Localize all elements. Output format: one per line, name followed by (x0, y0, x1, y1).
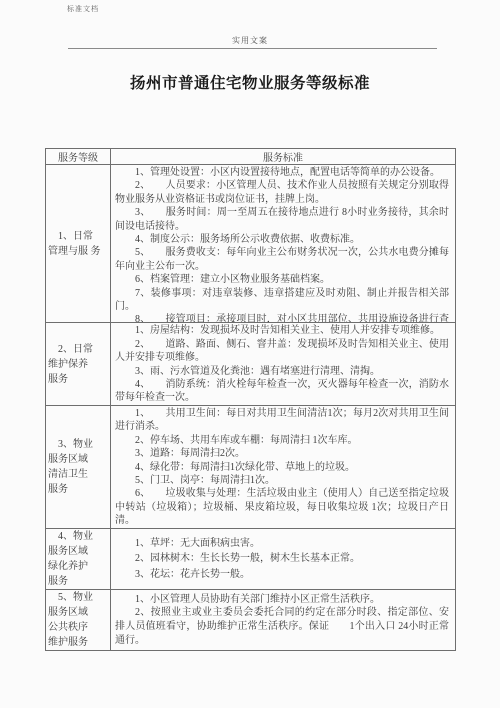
grade-label-line: 维护保养 (48, 357, 109, 372)
standard-item: 2、 道路、路面、侧石、窨井盖：发现损坏及时告知相关业主、使用人并安排专项维修。 (115, 338, 449, 365)
grade-cell: 1、日常管理与服 务 (46, 165, 111, 323)
grade-label-line: 服务 (48, 574, 109, 589)
standard-cell: 1、管理处设置：小区内设置接待地点，配置电话等简单的办公设备。2、 人员要求：小… (111, 165, 456, 323)
grade-label-line: 绿化养护 (48, 559, 109, 574)
standard-cell: 1、 共用卫生间：每日对共用卫生间清洁1次；每月2次对共用卫生间进行消杀。2、停… (111, 406, 456, 529)
table-row: 3、物业服务区域清洁卫生服务1、 共用卫生间：每日对共用卫生间清洁1次；每月2次… (46, 406, 456, 529)
standard-item: 3、 服务时间：周一至周五在接待地点进行 8小时业务接待，其余时间设电话接待。 (115, 206, 449, 233)
grade-label-line: 服务区域 (48, 452, 109, 467)
grade-cell: 2、日常维护保养服务 (46, 323, 111, 406)
standard-item: 3、道路：每周清扫2次。 (115, 447, 449, 460)
standard-cell: 1、房屋结构：发现损坏及时告知相关业主、使用人并安排专项维修。2、 道路、路面、… (111, 323, 456, 406)
standard-item: 1、管理处设置：小区内设置接待地点，配置电话等简单的办公设备。 (115, 166, 449, 179)
standard-item: 2、 人员要求：小区管理人员、技术作业人员按照有关规定分别取得物业服务从业资格证… (115, 179, 449, 206)
table-row: 2、日常维护保养服务1、房屋结构：发现损坏及时告知相关业主、使用人并安排专项维修… (46, 323, 456, 406)
grade-label-line: 管理与服 务 (48, 244, 109, 259)
grade-cell: 4、物业服务区域绿化养护服务 (46, 528, 111, 589)
standard-item: 5、 服务费收支：每年向业主公布财务状况一次，公共水电费分摊每年向业主公布一次。 (115, 246, 449, 273)
page-title: 扬州市普通住宅物业服务等级标准 (0, 74, 500, 94)
standard-item: 2、按照业主或业主委员会委托合同的约定在部分时段、指定部位、安排人员值班看守，协… (115, 606, 449, 647)
standard-item: 4、绿化带：每周清扫1次绿化带、草地上的垃圾。 (115, 461, 449, 474)
standard-items: 1、管理处设置：小区内设置接待地点，配置电话等简单的办公设备。2、 人员要求：小… (111, 165, 455, 322)
standard-items: 1、房屋结构：发现损坏及时告知相关业主、使用人并安排专项维修。2、 道路、路面、… (111, 323, 455, 404)
grade-label-line: 5、物业 (58, 590, 109, 605)
document-page: 标准文档 实用文案 扬州市普通住宅物业服务等级标准 服务等级 服务标准 1、日常… (0, 0, 500, 708)
grade-cell: 3、物业服务区域清洁卫生服务 (46, 406, 111, 529)
grade-label-line: 4、物业 (58, 529, 109, 544)
standard-item: 2、园林树木：生长长势一般，树木生长基本正常。 (115, 551, 449, 567)
grade-label-line: 服务区域 (48, 544, 109, 559)
standard-item: 5、门卫、岗亭：每周清扫1次。 (115, 474, 449, 487)
corner-label: 标准文档 (67, 4, 99, 14)
standard-item: 4、制度公示：服务场所公示收费依据、收费标准。 (115, 233, 449, 246)
standard-item: 6、 垃圾收集与处理：生活垃圾由业主（使用人）自己送至指定垃圾中转站（垃圾箱）；… (115, 487, 449, 527)
grade-label-line: 服务区域 (48, 605, 109, 620)
service-grade-table: 服务等级 服务标准 1、日常管理与服 务1、管理处设置：小区内设置接待地点，配置… (45, 148, 456, 651)
standard-item: 6、档案管理：建立小区物业服务基础档案。 (115, 273, 449, 286)
standard-item: 1、房屋结构：发现损坏及时告知相关业主、使用人并安排专项维修。 (115, 324, 449, 337)
standard-item: 8、 接管项目：承接项目时，对小区共用部位、共用设施设备进行查验，并出具接管验收… (115, 313, 449, 322)
column-header-standard: 服务标准 (111, 149, 456, 165)
standard-item: 7、装修事项：对违章装修、违章搭建应及时劝阻、制止并报告相关部门。 (115, 287, 449, 314)
table-row: 5、物业服务区域公共秩序维护服务1、小区管理人员协助有关部门维持小区正常生活秩序… (46, 589, 456, 650)
grade-label-line: 公共秩序 (48, 620, 109, 635)
header-divider (68, 48, 437, 49)
standard-item: 3、花坛：花卉长势一般。 (115, 567, 449, 583)
standard-item: 1、小区管理人员协助有关部门维持小区正常生活秩序。 (115, 593, 449, 607)
table-row: 4、物业服务区域绿化养护服务1、草坪：无大面积病虫害。2、园林树木：生长长势一般… (46, 528, 456, 589)
standard-item: 2、停车场、共用车库或车棚：每周清扫 1次车库。 (115, 434, 449, 447)
grade-label-line: 维护服务 (48, 635, 109, 650)
grade-label-line: 3、物业 (58, 437, 109, 452)
grade-label-line: 2、日常 (58, 342, 109, 357)
table-row: 1、日常管理与服 务1、管理处设置：小区内设置接待地点，配置电话等简单的办公设备… (46, 165, 456, 323)
standard-items: 1、草坪：无大面积病虫害。2、园林树木：生长长势一般，树木生长基本正常。3、花坛… (111, 535, 455, 583)
grade-label-line: 1、日常 (58, 229, 109, 244)
grade-label-line: 服务 (48, 482, 109, 497)
doc-header-text: 实用文案 (0, 35, 500, 46)
standard-item: 1、草坪：无大面积病虫害。 (115, 536, 449, 552)
standard-items: 1、小区管理人员协助有关部门维持小区正常生活秩序。2、按照业主或业主委员会委托合… (111, 592, 455, 648)
standard-cell: 1、草坪：无大面积病虫害。2、园林树木：生长长势一般，树木生长基本正常。3、花坛… (111, 528, 456, 589)
standard-items: 1、 共用卫生间：每日对共用卫生间清洁1次；每月2次对共用卫生间进行消杀。2、停… (111, 406, 455, 528)
standard-item: 4、 消防系统：消火栓每年检查一次，灭火器每年检查一次，消防水带每年检查一次。 (115, 378, 449, 405)
standard-item: 1、 共用卫生间：每日对共用卫生间清洁1次；每月2次对共用卫生间进行消杀。 (115, 407, 449, 434)
standard-cell: 1、小区管理人员协助有关部门维持小区正常生活秩序。2、按照业主或业主委员会委托合… (111, 589, 456, 650)
grade-cell: 5、物业服务区域公共秩序维护服务 (46, 589, 111, 650)
table-header-row: 服务等级 服务标准 (46, 149, 456, 165)
grade-label-line: 服务 (48, 372, 109, 387)
standard-item: 3、雨、污水管道及化粪池：遇有堵塞进行清理、清掏。 (115, 365, 449, 378)
column-header-grade: 服务等级 (46, 149, 111, 165)
grade-label-line: 清洁卫生 (48, 467, 109, 482)
